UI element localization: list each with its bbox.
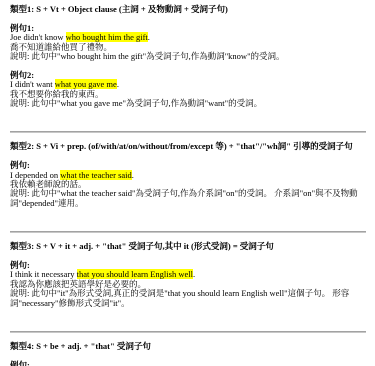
example-note: 說明: 此句中"who bought him the gift"為受詞子句,作為… <box>10 52 366 61</box>
sentence-prefix: I think it necessary <box>10 269 77 279</box>
sentence-suffix: . <box>132 170 134 180</box>
section-title: 類型4: S + be + adj. + "that" 受詞子句 <box>10 342 366 351</box>
example-label: 例句: <box>10 361 366 366</box>
example-block: 例句: I think it necessary that you should… <box>10 261 366 308</box>
highlighted-clause: who bought him the gift <box>66 32 148 42</box>
document-page: 類型1: S + Vt + Object clause (主詞 + 及物動詞 +… <box>10 5 366 366</box>
sentence-suffix: . <box>148 32 150 42</box>
section-title: 類型3: S + V + it + adj. + "that" 受詞子句,其中 … <box>10 242 366 251</box>
section-divider <box>10 231 366 233</box>
section-title: 類型1: S + Vt + Object clause (主詞 + 及物動詞 +… <box>10 5 366 14</box>
highlighted-clause: what you gave me <box>55 79 117 89</box>
grammar-section-1: 類型1: S + Vt + Object clause (主詞 + 及物動詞 +… <box>10 5 366 108</box>
example-note: 說明: 此句中"what you gave me"為受詞子句,作為動詞"want… <box>10 99 366 108</box>
section-divider <box>10 331 366 333</box>
example-note: 說明: 此句中"what the teacher said"為受詞子句,作為介系… <box>10 189 366 208</box>
grammar-section-4: 類型4: S + be + adj. + "that" 受詞子句 例句: <box>10 342 366 366</box>
section-title: 類型2: S + Vi + prep. (of/with/at/on/witho… <box>10 142 366 151</box>
example-block: 例句1: Joe didn't know who bought him the … <box>10 24 366 62</box>
sentence-prefix: I didn't want <box>10 79 55 89</box>
sentence-prefix: Joe didn't know <box>10 32 66 42</box>
grammar-section-2: 類型2: S + Vi + prep. (of/with/at/on/witho… <box>10 142 366 208</box>
grammar-section-3: 類型3: S + V + it + adj. + "that" 受詞子句,其中 … <box>10 242 366 308</box>
example-block: 例句: <box>10 361 366 366</box>
section-divider <box>10 131 366 133</box>
highlighted-clause: that you should learn English well <box>77 269 193 279</box>
example-block: 例句: I depended on what the teacher said.… <box>10 161 366 208</box>
example-note: 說明: 此句中"it"為形式受詞,真正的受詞是"that you should … <box>10 289 366 308</box>
sentence-suffix: . <box>117 79 119 89</box>
example-block: 例句2: I didn't want what you gave me. 我不想… <box>10 71 366 109</box>
sentence-suffix: . <box>193 269 195 279</box>
